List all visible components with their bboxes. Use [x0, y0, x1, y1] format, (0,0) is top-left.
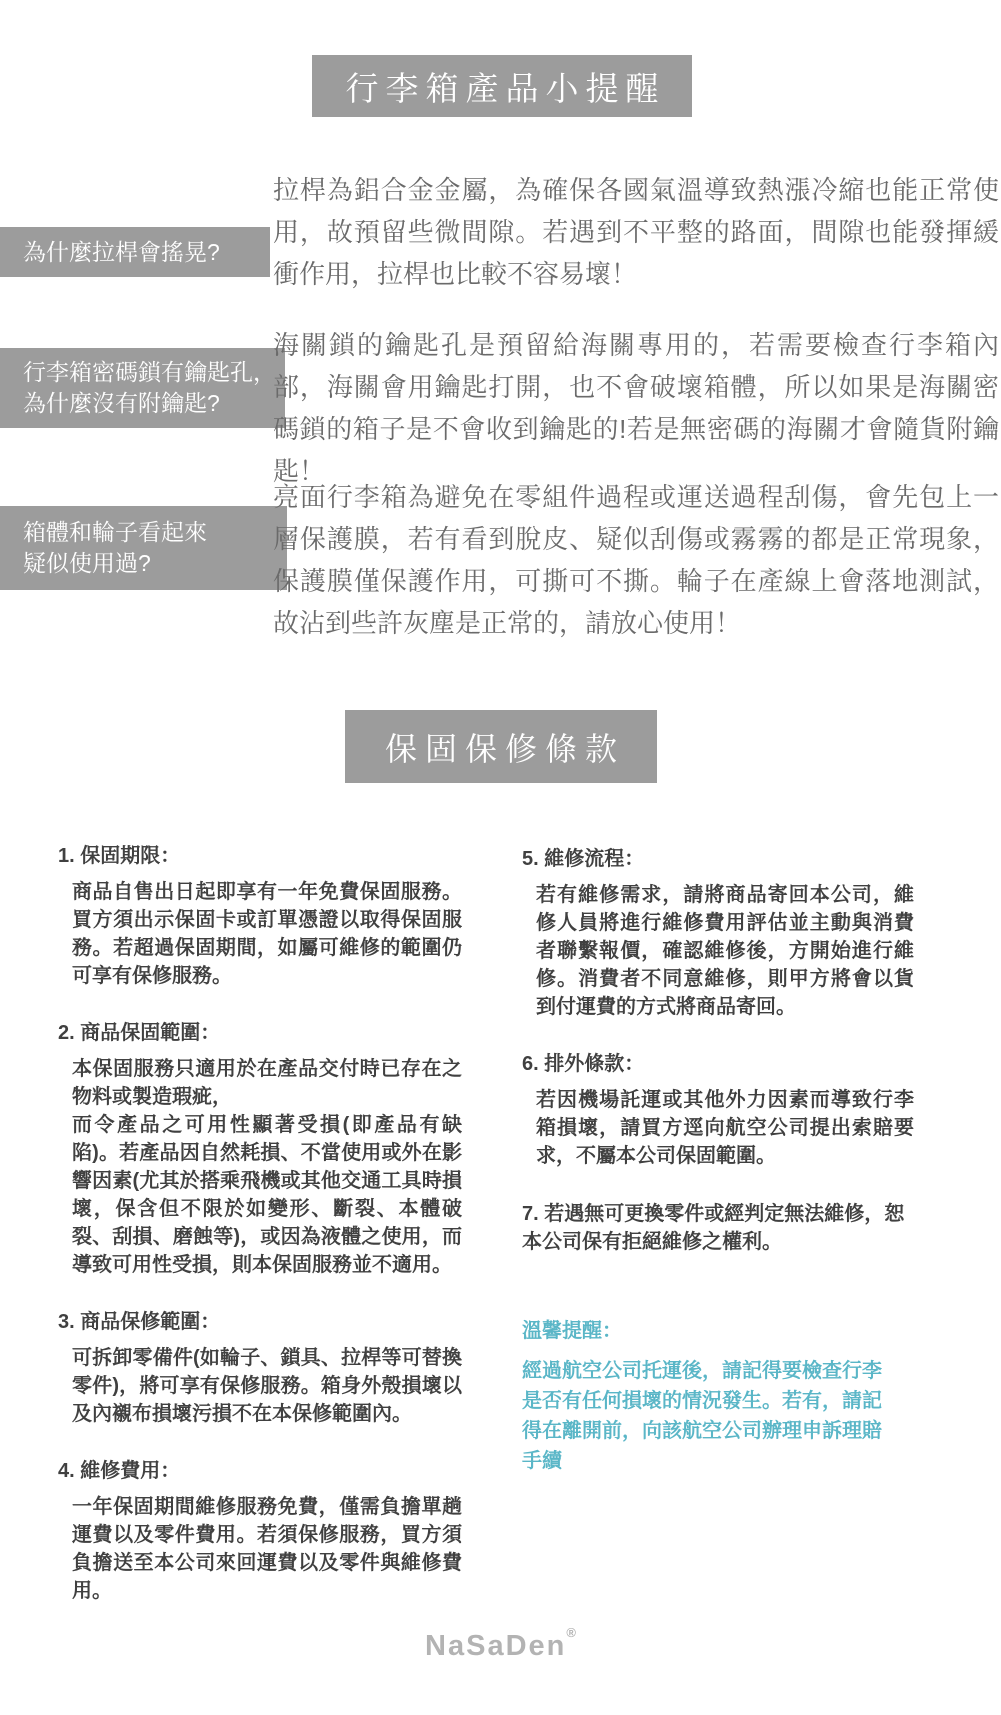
warranty-term-2-body: 本保固服務只適用於在產品交付時已存在之物料或製造瑕疵， 而令產品之可用性顯著受損… — [72, 1055, 462, 1279]
warranty-term-2: 2. 商品保固範圍： 本保固服務只適用於在產品交付時已存在之物料或製造瑕疵， 而… — [58, 1020, 462, 1279]
warranty-column-right: 5. 維修流程： 若有維修需求，請將商品寄回本公司，維修人員將進行維修費用評估並… — [522, 846, 914, 1476]
section-title-warranty-label: 保固保修條款 — [377, 724, 625, 770]
warranty-term-3-body: 可拆卸零備件(如輪子、鎖具、拉桿等可替換零件)，將可享有保修服務。箱身外殼損壞以… — [72, 1344, 462, 1428]
faq-answer-1: 拉桿為鋁合金金屬，為確保各國氣溫導致熱漲冷縮也能正常使用，故預留些微間隙。若遇到… — [273, 169, 999, 295]
warranty-term-2-heading: 2. 商品保固範圍： — [58, 1020, 462, 1046]
reminder-body: 經過航空公司托運後，請記得要檢查行李是否有任何損壞的情況發生。若有，請記得在離開… — [522, 1356, 900, 1476]
registered-mark: ® — [566, 1625, 576, 1640]
warranty-term-5-heading: 5. 維修流程： — [522, 846, 914, 872]
section-title-warranty: 保固保修條款 — [345, 710, 657, 783]
faq-answer-3: 亮面行李箱為避免在零組件過程或運送過程刮傷，會先包上一層保護膜，若有看到脫皮、疑… — [273, 476, 999, 644]
brand-name: NaSaDen — [425, 1630, 566, 1662]
warranty-term-3: 3. 商品保修範圍： 可拆卸零備件(如輪子、鎖具、拉桿等可替換零件)，將可享有保… — [58, 1309, 462, 1428]
warranty-term-4-heading: 4. 維修費用： — [58, 1458, 462, 1484]
section-title-tips: 行李箱產品小提醒 — [312, 55, 692, 117]
warranty-column-left: 1. 保固期限： 商品自售出日起即享有一年免費保固服務。買方須出示保固卡或訂單憑… — [58, 843, 462, 1635]
warranty-term-1: 1. 保固期限： 商品自售出日起即享有一年免費保固服務。買方須出示保固卡或訂單憑… — [58, 843, 462, 990]
nasaden-logo: NaSaDen® — [0, 1625, 1001, 1663]
product-info-page: 行李箱產品小提醒 為什麼拉桿會搖晃? 拉桿為鋁合金金屬，為確保各國氣溫導致熱漲冷… — [0, 0, 1001, 1715]
warranty-term-6-body: 若因機場託運或其他外力因素而導致行李箱損壞，請買方逕向航空公司提出索賠要求，不屬… — [536, 1086, 914, 1170]
warranty-term-4: 4. 維修費用： 一年保固期間維修服務免費，僅需負擔單趟運費以及零件費用。若須保… — [58, 1458, 462, 1605]
faq-question-1: 為什麼拉桿會搖晃? — [0, 227, 270, 277]
warranty-term-6: 6. 排外條款： 若因機場託運或其他外力因素而導致行李箱損壞，請買方逕向航空公司… — [522, 1051, 914, 1170]
faq-question-2: 行李箱密碼鎖有鑰匙孔， 為什麼沒有附鑰匙? — [0, 348, 285, 428]
section-title-tips-label: 行李箱產品小提醒 — [339, 63, 666, 110]
warranty-term-4-body: 一年保固期間維修服務免費，僅需負擔單趟運費以及零件費用。若須保修服務，買方須負擔… — [72, 1493, 462, 1605]
warranty-term-6-heading: 6. 排外條款： — [522, 1051, 914, 1077]
warranty-term-3-heading: 3. 商品保修範圍： — [58, 1309, 462, 1335]
reminder-title: 溫馨提醒： — [522, 1318, 914, 1344]
warranty-term-5: 5. 維修流程： 若有維修需求，請將商品寄回本公司，維修人員將進行維修費用評估並… — [522, 846, 914, 1021]
reminder-block: 溫馨提醒： 經過航空公司托運後，請記得要檢查行李是否有任何損壞的情況發生。若有，… — [522, 1318, 914, 1476]
warranty-term-5-body: 若有維修需求，請將商品寄回本公司，維修人員將進行維修費用評估並主動與消費者聯繫報… — [536, 881, 914, 1021]
faq-question-3: 箱體和輪子看起來 疑似使用過? — [0, 506, 287, 590]
faq-answer-2: 海關鎖的鑰匙孔是預留給海關專用的，若需要檢查行李箱內部，海關會用鑰匙打開，也不會… — [273, 324, 999, 492]
warranty-term-1-heading: 1. 保固期限： — [58, 843, 462, 869]
warranty-term-1-body: 商品自售出日起即享有一年免費保固服務。買方須出示保固卡或訂單憑證以取得保固服務。… — [72, 878, 462, 990]
warranty-term-7: 7. 若遇無可更換零件或經判定無法維修，恕本公司保有拒絕維修之權利。 — [522, 1200, 914, 1256]
